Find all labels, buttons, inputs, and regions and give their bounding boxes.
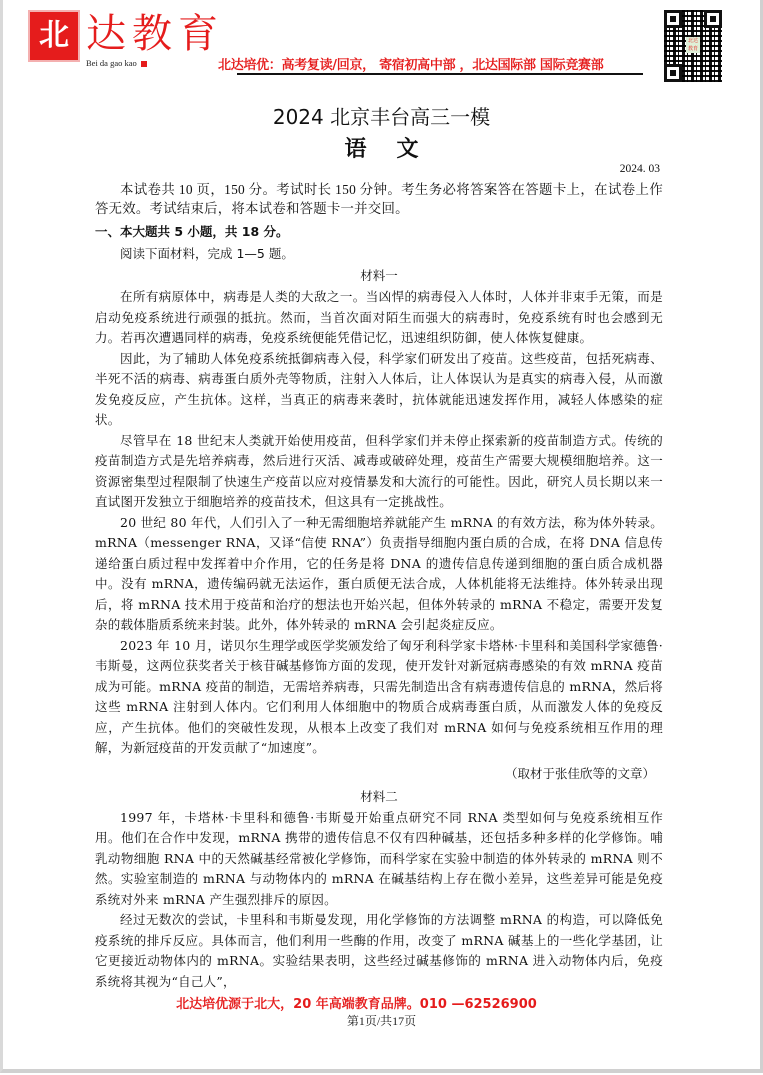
exam-date: 2024. 03 <box>620 163 660 175</box>
material-1-heading: 材料一 <box>95 266 663 286</box>
qr-finder-icon <box>664 10 682 28</box>
paragraph: 经过无数次的尝试，卡里科和韦斯曼发现，用化学修饰的方法调整 mRNA 的构造，可… <box>95 910 663 992</box>
qr-finder-icon <box>664 64 682 82</box>
page-title: 2024 北京丰台高三一模 <box>0 101 763 130</box>
paragraph: 因此，为了辅助人体免疫系统抵御病毒入侵，科学家们研发出了疫苗。这些疫苗，包括死病… <box>95 349 663 431</box>
header-slogan: 北达培优：高考复读/回京， 寄宿初高中部 ，北达国际部 国际竞赛部 <box>218 54 603 73</box>
exam-notice: 本试卷共 10 页，150 分。考试时长 150 分钟。考生务必将答案答在答题卡… <box>95 180 663 218</box>
footer-slogan: 北达培优源于北大，20 年高端教育品牌。010 —62526900 <box>0 993 763 1012</box>
logo-pinyin: Bei da gao kao <box>86 58 147 68</box>
logo-mark: 北 <box>30 12 78 60</box>
paragraph: 2023 年 10 月，诺贝尔生理学或医学奖颁发给了匈牙利科学家卡塔林·卡里科和… <box>95 636 663 759</box>
logo-pinyin-text: Bei da gao kao <box>86 58 137 68</box>
section-heading: 一、本大题共 5 小题，共 18 分。 <box>95 222 663 242</box>
paragraph: 在所有病原体中，病毒是人类的大敌之一。当凶悍的病毒侵入人体时，人体并非束手无策，… <box>95 287 663 349</box>
paragraph: 1997 年，卡塔林·卡里科和德鲁·韦斯曼开始重点研究不同 RNA 类型如何与免… <box>95 808 663 911</box>
material-2-heading: 材料二 <box>95 787 663 807</box>
header-divider <box>237 73 643 75</box>
qr-code-icon: 北达教育 <box>664 10 722 82</box>
square-icon <box>141 61 147 67</box>
source-citation: （取材于张佳欣等的文章） <box>95 764 655 784</box>
instruction: 阅读下面材料，完成 1—5 题。 <box>95 244 663 264</box>
subject-title: 语文 <box>0 132 763 163</box>
qr-center-logo: 北达教育 <box>686 37 700 53</box>
paragraph: 尽管早在 18 世纪末人类就开始使用疫苗，但科学家们并未停止探索新的疫苗制造方式… <box>95 431 663 513</box>
page-indicator: 第1页/共17页 <box>0 1012 763 1029</box>
document-body: 本试卷共 10 页，150 分。考试时长 150 分钟。考生务必将答案答在答题卡… <box>95 180 663 992</box>
logo-text: 达教育 <box>86 10 224 58</box>
qr-finder-icon <box>704 10 722 28</box>
paragraph: 20 世纪 80 年代，人们引入了一种无需细胞培养就能产生 mRNA 的有效方法… <box>95 513 663 636</box>
